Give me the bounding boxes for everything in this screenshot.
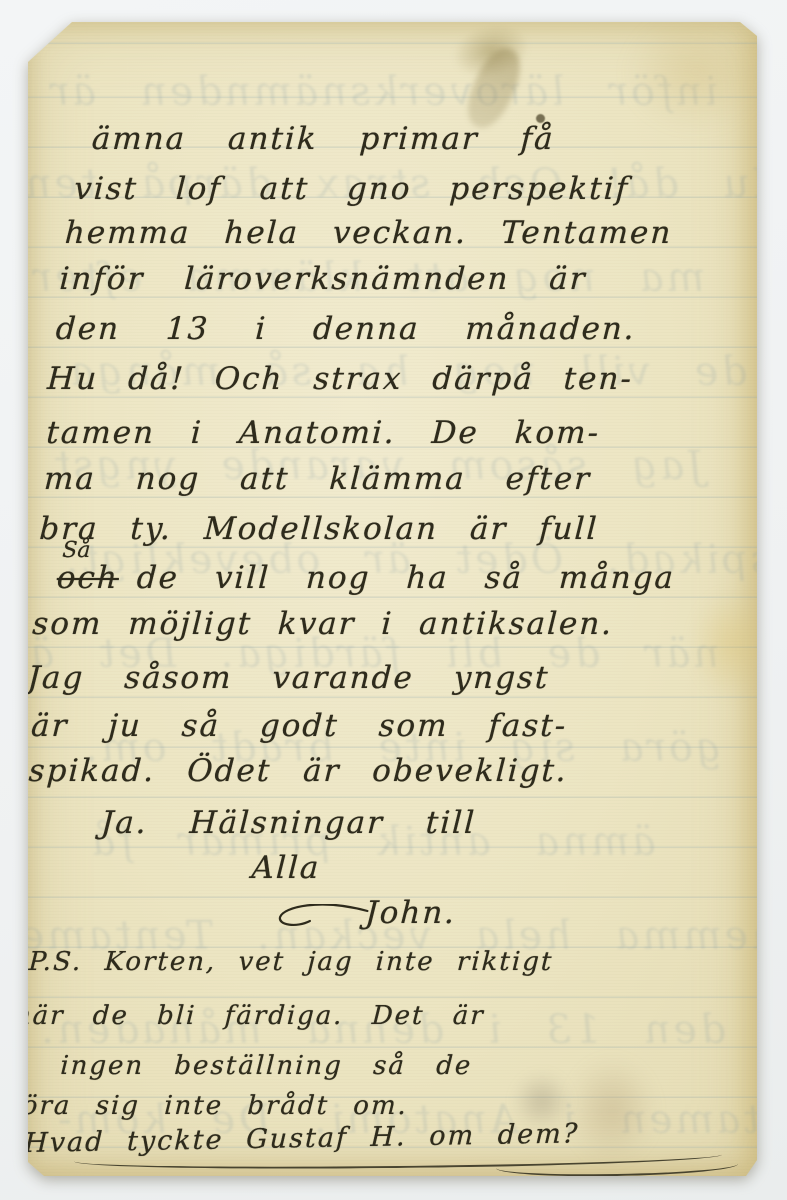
inserted-correction-word: Så [62, 540, 91, 562]
letter-line: hemma hela veckan. Tentamen [64, 216, 673, 250]
closing-salutation: Ja. Hälsningar till [100, 806, 477, 840]
letter-line: är ju så godt som fast- [30, 709, 568, 743]
letter-line: vist lof att gno perspektif [73, 172, 630, 206]
closing-recipients: Alla [251, 851, 321, 885]
letter-line: tamen i Anatomi. De kom- [46, 416, 601, 450]
postscript-line: ju ingen beställning så de [28, 1052, 473, 1081]
paper-sheet: inför läroverksnämnden ärHu då! Och stra… [28, 22, 757, 1176]
letter-line: spikad. Ödet är obevekligt. [28, 754, 569, 788]
signature-name: John. [364, 896, 457, 930]
struck-out-word: och [56, 560, 120, 596]
letter-line: bra ty. Modellskolan är full [39, 512, 600, 546]
letter-line: inför läroverksnämnden är [59, 262, 588, 296]
postscript-line: P.S. Korten, vet jag inte riktigt [28, 948, 554, 977]
letter-photograph: inför läroverksnämnden ärHu då! Och stra… [0, 0, 787, 1200]
letter-line: ma nog att klämma efter [43, 462, 592, 496]
handwriting-layer: ämna antik primar få vist lof att gno pe… [28, 22, 757, 1176]
postscript-line: göra sig inte brådt om. [28, 1092, 409, 1121]
postscript-line: när de bli färdiga. Det är [28, 1002, 485, 1031]
letter-line-text: de vill nog ha så många [136, 560, 676, 596]
letter-line: Hu då! Och strax därpå ten- [46, 362, 633, 396]
letter-line: ochde vill nog ha så många [56, 561, 676, 595]
letter-line: den 13 i denna månaden. [55, 312, 637, 346]
postscript-question: Hvad tyckte Gustaf H. om dem? [28, 1119, 580, 1158]
signature-flourish [276, 904, 369, 932]
letter-line: som möjligt kvar i antiksalen. [32, 607, 615, 641]
letter-line: ämna antik primar få [91, 122, 556, 156]
signature: John. [276, 894, 457, 932]
letter-line: Jag såsom varande yngst [28, 661, 550, 695]
letter-page: inför läroverksnämnden ärHu då! Och stra… [28, 22, 757, 1176]
